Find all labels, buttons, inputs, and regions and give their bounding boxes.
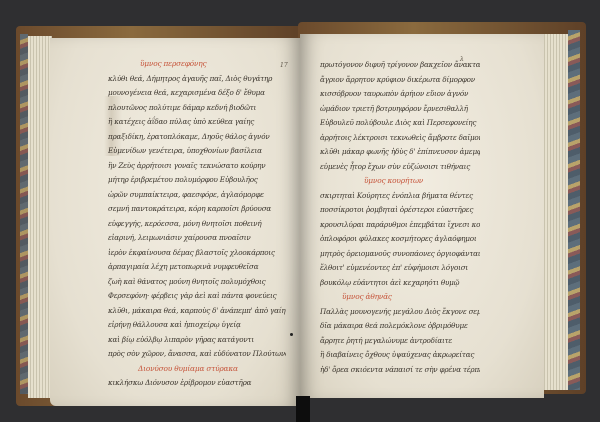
text-line: δῖα μάκαιρα θεά πολεμόκλονε ὀβριμόθυμε	[320, 319, 480, 334]
text-line: Παλλὰς μουνογενής μεγάλου Διὸς ἔκγονε σε…	[320, 305, 480, 320]
text-line: μουνογένεια θεά, κεχαρισμένα δέξο δ' ἔθυ…	[108, 86, 286, 101]
text-line: ἣν Ζεὺς ἀρρήτοισι γοναῖς τεκνώσατο κούρη…	[108, 159, 286, 174]
page-edges-left	[28, 36, 52, 398]
text-line: ἔλθοιτ' εὐμενέοντες ἐπ' εὐφήμοισι λόγοισ…	[320, 261, 480, 276]
text-line: κισσόβρυον ταυρωπὸν ἀρήιον εὔιον ἁγνόν	[320, 87, 480, 102]
rubric-heading: ὕμνος περσεφόνης	[108, 57, 286, 72]
ink-spot	[290, 333, 293, 336]
right-text-block: πρωτόγονον διφυῆ τρίγονον βακχεῖον ἄνακτ…	[320, 58, 480, 377]
text-line: πρωτόγονον διφυῆ τρίγονον βακχεῖον ἄνακτ…	[320, 58, 480, 73]
rubric-heading: ὕμνος ἀθηνᾶς	[320, 290, 480, 305]
text-line: ἱερὸν ἐκφαίνουσα δέμας βλαστοῖς χλοοκάρπ…	[108, 246, 286, 261]
text-line: πραξιδίκη, ἐρατοπλόκαμε, Δηοῦς θάλος ἁγν…	[108, 130, 286, 145]
text-line: εὐμενὲς ἦτορ ἔχων σὺν εὐζώνοισι τιθήναις	[320, 160, 480, 175]
text-line: ἣ κατέχεις ἀΐδαο πύλας ὑπὸ κεύθεα γαίης	[108, 115, 286, 130]
text-line: ζωὴ καὶ θάνατος μούνη θνητοῖς πολυμόχθοι…	[108, 275, 286, 290]
text-line: Φερσεφόνη· φέρβεις γὰρ ἀεὶ καὶ πάντα φον…	[108, 289, 286, 304]
text-line: εἰαρινή, λειμωνιάσιν χαίρουσα πνοαῖσιν	[108, 231, 286, 246]
text-line: Εὐβουλεῦ πολύβουλε Διὸς καὶ Περσεφονείης	[320, 116, 480, 131]
rubric-heading: Διονύσου θυμίαμα στύρακα	[108, 362, 286, 377]
text-line: κλῦθι μάκαρ φωνῆς ἡδὺς δ' ἐπίπνευσον ἀμε…	[320, 145, 480, 160]
text-line: ἁρπαγιμαία λέχη μετοπωρινὰ νυμφευθεῖσα	[108, 260, 286, 275]
text-line: ἀρρήτοις λέκτροισι τεκνωθεὶς ἄμβροτε δαῖ…	[320, 131, 480, 146]
page-edges-right	[542, 34, 568, 390]
text-line: κλύθι θεά, Δήμητρος ἀγαυῆς παῖ, Διὸς θυγ…	[108, 72, 286, 87]
text-line: σκιρτηταὶ Κούρητες ἐνόπλια βήματα θέντες	[320, 189, 480, 204]
text-line: ἄγριον ἄρρητον κρύφιον δικέρωτα δίμορφον	[320, 73, 480, 88]
text-line: Εὐμενίδων γενέτειρα, ὑποχθονίων βασίλεια	[108, 144, 286, 159]
text-line: εἰρήνῃ θάλλουσα καὶ ἠπιοχείρῳ ὑγείᾳ	[108, 318, 286, 333]
text-line: καὶ βίῳ εὐόλβῳ λιπαρὸν γῆρας κατάγοντι	[108, 333, 286, 348]
text-line: κικλήσκω Διόνυσον ἐρίβρομον εὐαστῆρα	[108, 376, 286, 391]
text-line: σεμνή παντοκράτειρα, κόρη καρποῖσι βρύου…	[108, 202, 286, 217]
text-line: βουκόλῳ εὐάντητοι ἀεὶ κεχαρηότι θυμῷ	[320, 276, 480, 291]
text-line: μήτηρ ἐριβρεμέτου πολυμόρφου Εὐβουλῆος	[108, 173, 286, 188]
text-line: κρουσιλύραι παράρυθμοι ἐπεμβάται ἴχνεσι …	[320, 218, 480, 233]
text-line: εὐφεγγής, κερόεσσα, μόνη θνητοῖσι ποθειν…	[108, 217, 286, 232]
text-line: ἄρρητε ῥητή μεγαλώνυμε ἀντροδίαιτε	[320, 334, 480, 349]
rubric-heading: ὕμνος κουρήτων	[320, 174, 480, 189]
marbled-edge-left	[20, 34, 28, 394]
marbled-edge-right	[568, 30, 580, 390]
left-text-block: ὕμνος περσεφόνης κλύθι θεά, Δήμητρος ἀγα…	[108, 57, 286, 391]
text-line: κλῦθι, μάκαιρα θεά, καρποὺς δ' ἀνάπεμπ' …	[108, 304, 286, 319]
text-line: μητρὸς ὀρειομανοῦς συνοπάονες ὀργιοφάντα…	[320, 247, 480, 262]
text-line: πρὸς σὸν χῶρον, ἄνασσα, καὶ εὐδύνατον Πλ…	[108, 347, 286, 362]
text-line: πλουτῶνος πολύτιμε δάμαρ κεδνή βιοδῶτι	[108, 101, 286, 116]
text-line: ἠδ' ὄρεα σκιόεντα νάπαισί τε σὴν φρένα τ…	[320, 363, 480, 378]
text-line: ὡρῶν συμπαίκτειρα, φαεσφόρε, ἀγλαόμορφε	[108, 188, 286, 203]
text-line: ὠμάδιον τριετῆ βοτρυηφόρον ἔρνεσιθαλλῆ	[320, 102, 480, 117]
text-line: ἣ διαβαίνεις ὄχθους ὑψαύχενας ἀκρωρείτας	[320, 348, 480, 363]
book-spine-gap	[296, 396, 310, 422]
text-line: ὁπλοφόροι φύλακες κοσμήτορες ἀγλαόφημοι	[320, 232, 480, 247]
text-line: ποσσίκροτοι ῥομβηταὶ ὀρέστεροι εὐαστῆρες	[320, 203, 480, 218]
